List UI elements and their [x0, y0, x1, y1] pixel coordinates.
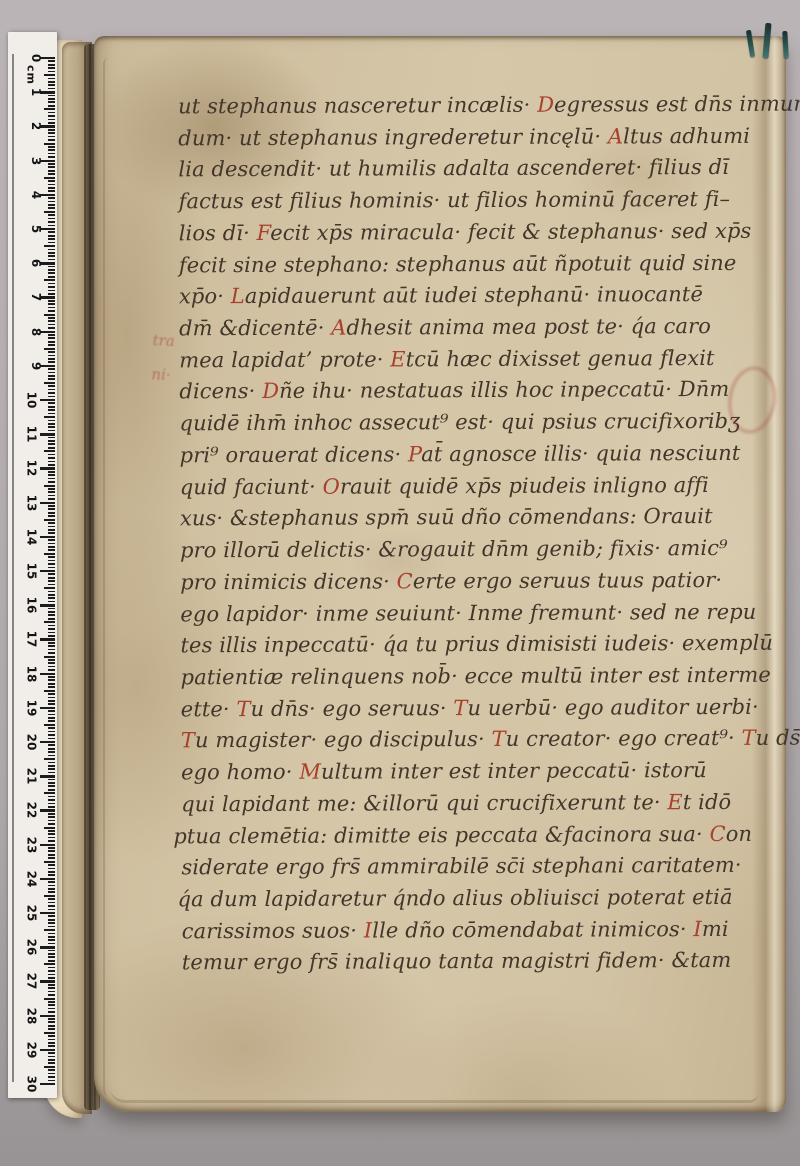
ruler-half-cm-tick	[44, 621, 55, 623]
ruler-mm-tick	[48, 1059, 55, 1061]
ruler-mm-tick	[48, 368, 55, 370]
ruler-mm-tick	[48, 283, 55, 285]
ruler-mm-tick	[48, 868, 55, 870]
ruler-mm-tick	[48, 864, 55, 866]
ruler-cm-tick	[40, 741, 55, 743]
ruler-mm-tick	[48, 426, 55, 428]
ruler-number: 8	[30, 327, 42, 335]
ruler-mm-tick	[48, 799, 55, 801]
ruler-mm-tick	[48, 898, 55, 900]
ruler-mm-tick	[48, 149, 55, 151]
ruler-mm-tick	[48, 71, 55, 73]
ruler-half-cm-tick	[44, 792, 55, 794]
ruler-mm-tick	[48, 372, 55, 374]
manuscript-text-line: carissimos suos· Ille dño cōmendabat ini…	[182, 913, 790, 947]
ruler-cm-tick	[40, 502, 55, 504]
ruler-mm-tick	[48, 549, 55, 551]
ruler-half-cm-tick	[44, 656, 55, 658]
text-run: rauit quidē xp̄s piudeis inligno affi	[340, 473, 709, 499]
ruler: cm 0123456789101112131415161718192021222…	[8, 32, 57, 1098]
rubric-initial: C	[709, 821, 725, 845]
ruler-half-cm-tick	[44, 895, 55, 897]
ruler-mm-tick	[48, 526, 55, 528]
ruler-mm-tick	[48, 700, 55, 702]
ruler-mm-tick	[48, 628, 55, 630]
ruler-mm-tick	[48, 101, 55, 103]
ruler-mm-tick	[48, 461, 55, 463]
ruler-mm-tick	[48, 755, 55, 757]
ruler-half-cm-tick	[44, 690, 55, 692]
ruler-mm-tick	[48, 902, 55, 904]
ruler-half-cm-tick	[44, 485, 55, 487]
ruler-mm-tick	[48, 293, 55, 295]
ruler-mm-tick	[48, 122, 55, 124]
ruler-mm-tick	[48, 994, 55, 996]
ruler-half-cm-tick	[44, 74, 55, 76]
ruler-mm-tick	[48, 344, 55, 346]
ruler-mm-tick	[48, 300, 55, 302]
manuscript-text-line: ptua clemētia: dimitte eis peccata &faci…	[173, 818, 789, 852]
ruler-mm-tick	[48, 614, 55, 616]
ruler-mm-tick	[48, 922, 55, 924]
ruler-mm-tick	[48, 854, 55, 856]
ruler-mm-tick	[48, 632, 55, 634]
ruler-number: 14	[26, 528, 38, 545]
ruler-mm-tick	[48, 180, 55, 182]
ruler-mm-tick	[48, 567, 55, 569]
ruler-cm-tick	[40, 809, 55, 811]
text-run: t idō	[683, 790, 732, 814]
ruler-mm-tick	[48, 447, 55, 449]
ruler-mm-tick	[48, 409, 55, 411]
rubric-initial: D	[262, 379, 279, 403]
rubric-initial: T	[742, 726, 756, 750]
ruler-mm-tick	[48, 392, 55, 394]
rubric-initial: I	[364, 918, 373, 942]
ruler-cm-tick	[40, 775, 55, 777]
ruler-mm-tick	[48, 1062, 55, 1064]
ruler-mm-tick	[48, 727, 55, 729]
text-run: factus est filius hominis· ut filios hom…	[178, 187, 730, 213]
ruler-mm-tick	[48, 1018, 55, 1020]
marginalia-red-offset: tra ni·	[151, 323, 193, 392]
ruler-number: 5	[30, 225, 42, 233]
text-run: u dn̄s· ego seruus·	[251, 696, 454, 721]
rubric-initial: T	[181, 729, 195, 753]
ruler-mm-tick	[48, 474, 55, 476]
ruler-mm-tick	[48, 512, 55, 514]
ruler-mm-tick	[48, 830, 55, 832]
text-run: apidauerunt aūt iudei stephanū· inuocant…	[245, 282, 703, 308]
ruler-mm-tick	[48, 238, 55, 240]
manuscript-page: ut stephanus nasceretur incælis· Degress…	[94, 36, 786, 1112]
ruler-mm-tick	[48, 1080, 55, 1082]
ruler-mm-tick	[48, 129, 55, 131]
ruler-mm-tick	[48, 820, 55, 822]
ruler-mm-tick	[48, 214, 55, 216]
ruler-cm-tick	[40, 1015, 55, 1017]
ruler-half-cm-tick	[44, 963, 55, 965]
ruler-half-cm-tick	[44, 758, 55, 760]
ruler-mm-tick	[48, 823, 55, 825]
ruler-cm-tick	[40, 707, 55, 709]
ruler-mm-tick	[48, 953, 55, 955]
ruler-number: 0	[30, 54, 42, 62]
ruler-mm-tick	[48, 662, 55, 664]
ruler-mm-tick	[48, 837, 55, 839]
ruler-number: 12	[26, 460, 38, 477]
ruler-mm-tick	[48, 789, 55, 791]
ruler-mm-tick	[48, 242, 55, 244]
ruler-mm-tick	[48, 611, 55, 613]
ruler-mm-tick	[48, 833, 55, 835]
ruler-mm-tick	[48, 207, 55, 209]
ruler-mm-tick	[48, 396, 55, 398]
ruler-mm-tick	[48, 772, 55, 774]
ruler-mm-tick	[48, 785, 55, 787]
text-run: pro illorū delictis· &rogauit dn̄m genib…	[180, 536, 728, 562]
ruler-mm-tick	[48, 231, 55, 233]
rubric-initial: T	[453, 696, 467, 720]
ruler-mm-tick	[48, 423, 55, 425]
ruler-mm-tick	[48, 389, 55, 391]
manuscript-text-line: dicens· Dñe ihu· nestatuas illis hoc inp…	[179, 374, 787, 408]
ruler-number: 19	[26, 699, 38, 716]
ruler-number: 3	[30, 156, 42, 164]
ruler-mm-tick	[48, 584, 55, 586]
ruler-mm-tick	[48, 272, 55, 274]
ruler-mm-tick	[48, 1035, 55, 1037]
ruler-mm-tick	[48, 478, 55, 480]
text-run: ptua clemētia: dimitte eis peccata &faci…	[173, 822, 709, 848]
ruler-mm-tick	[48, 269, 55, 271]
ruler-mm-tick	[48, 580, 55, 582]
ruler-mm-tick	[48, 1001, 55, 1003]
ruler-mm-tick	[48, 676, 55, 678]
ruler-mm-tick	[48, 139, 55, 141]
ruler-mm-tick	[48, 642, 55, 644]
manuscript-text-line: Tu magister· ego discipulus· Tu creator·…	[181, 723, 789, 757]
ruler-mm-tick	[48, 327, 55, 329]
ruler-mm-tick	[48, 406, 55, 408]
ruler-mm-tick	[48, 693, 55, 695]
text-run: dicens·	[179, 379, 262, 403]
ruler-mm-tick	[48, 546, 55, 548]
ruler-mm-tick	[48, 779, 55, 781]
ruler-mm-tick	[48, 888, 55, 890]
text-run: patientiæ relinquens nob̄· ecce multū in…	[181, 663, 771, 690]
text-run: ecit xp̄s miracula· fecit & stephanus· s…	[270, 219, 751, 245]
text-run: ñe ihu· nestatuas illis hoc inpeccatū· D…	[279, 377, 729, 403]
ruler-mm-tick	[48, 173, 55, 175]
manuscript-text-line: pri⁹ orauerat dicens· Pat̄ agnosce illis…	[180, 438, 788, 472]
text-run: temur ergo frs̄ inaliquo tanta magistri …	[182, 948, 732, 974]
ruler-mm-tick	[48, 1004, 55, 1006]
ruler-mm-tick	[48, 358, 55, 360]
text-run: mea lapidat’ prote·	[179, 347, 390, 372]
ruler-mm-tick	[48, 803, 55, 805]
photo-backdrop: ut stephanus nasceretur incælis· Degress…	[0, 0, 800, 1166]
ruler-mm-tick	[48, 201, 55, 203]
ruler-mm-tick	[48, 683, 55, 685]
manuscript-text-line: lios dī· Fecit xp̄s miracula· fecit & st…	[179, 216, 787, 250]
manuscript-text-line: lia descendit· ut humilis adalta ascende…	[178, 152, 786, 186]
thread	[782, 31, 788, 58]
ruler-mm-tick	[48, 457, 55, 459]
ruler-half-cm-tick	[44, 827, 55, 829]
ruler-mm-tick	[48, 936, 55, 938]
ruler-mm-tick	[48, 991, 55, 993]
ruler-mm-tick	[48, 163, 55, 165]
ruler-cm-tick	[40, 673, 55, 675]
ruler-mm-tick	[48, 840, 55, 842]
ruler-mm-tick	[48, 153, 55, 155]
ruler-mm-tick	[48, 320, 55, 322]
ruler-mm-tick	[48, 618, 55, 620]
ruler-mm-tick	[48, 112, 55, 114]
manuscript-text-line: temur ergo frs̄ inaliquo tanta magistri …	[182, 945, 790, 979]
ruler-mm-tick	[48, 885, 55, 887]
text-run: qui lapidant me: &illorū qui crucifixeru…	[181, 790, 667, 816]
ruler-mm-tick	[48, 573, 55, 575]
ruler-mm-tick	[48, 731, 55, 733]
ruler-mm-tick	[48, 556, 55, 558]
text-run: mi	[702, 917, 729, 941]
manuscript-text-line: mea lapidat’ prote· Etcū hæc dixisset ge…	[179, 342, 787, 376]
rubric-initial: P	[408, 442, 421, 466]
ruler-cm-tick	[40, 433, 55, 435]
ruler-mm-tick	[48, 385, 55, 387]
rubric-initial: A	[331, 316, 346, 340]
ruler-mm-tick	[48, 156, 55, 158]
ruler-mm-tick	[48, 249, 55, 251]
ruler-half-cm-tick	[44, 108, 55, 110]
rubric-initial: L	[231, 284, 245, 308]
manuscript-text-line: ego homo· Multum inter est inter peccatū…	[181, 755, 789, 789]
ruler-mm-tick	[48, 960, 55, 962]
text-run: lle dño cōmendabat inimicos·	[372, 917, 693, 942]
ruler-mm-tick	[48, 464, 55, 466]
manuscript-text-line: ette· Tu dn̄s· ego seruus· Tu uerbū· ego…	[181, 691, 789, 725]
ruler-mm-tick	[48, 967, 55, 969]
ruler-mm-tick	[48, 874, 55, 876]
ruler-number: 17	[26, 631, 38, 648]
text-run: dhesit anima mea post te· q́a caro	[346, 314, 711, 340]
ruler-mm-tick	[48, 782, 55, 784]
ruler-mm-tick	[48, 813, 55, 815]
ruler-mm-tick	[48, 577, 55, 579]
ruler-mm-tick	[48, 266, 55, 268]
ruler-mm-tick	[48, 919, 55, 921]
ruler-mm-tick	[48, 481, 55, 483]
ruler-mm-tick	[48, 871, 55, 873]
ruler-mm-tick	[48, 1021, 55, 1023]
marginalia-line: ni·	[151, 357, 192, 392]
ruler-mm-tick	[48, 286, 55, 288]
ruler-half-cm-tick	[44, 279, 55, 281]
ruler-mm-tick	[48, 806, 55, 808]
text-run: ut stephanus nasceretur incælis·	[178, 93, 537, 119]
ruler-mm-tick	[48, 498, 55, 500]
ruler-mm-tick	[48, 355, 55, 357]
ruler-cm-tick	[40, 1083, 55, 1085]
ruler-mm-tick	[48, 119, 55, 121]
text-run: tes illis inpeccatū· q́a tu prius dimisi…	[180, 631, 773, 658]
ruler-mm-tick	[48, 252, 55, 254]
ruler-mm-tick	[48, 891, 55, 893]
ruler-mm-tick	[48, 197, 55, 199]
ruler-mm-tick	[48, 255, 55, 257]
text-run: fecit sine stephano: stephanus aūt ñpotu…	[179, 250, 737, 276]
ruler-mm-tick	[48, 720, 55, 722]
ruler-mm-tick	[48, 310, 55, 312]
rubric-initial: A	[608, 124, 623, 148]
ruler-half-cm-tick	[44, 450, 55, 452]
manuscript-text-line: xp̄o· Lapidauerunt aūt iudei stephanū· i…	[179, 279, 787, 313]
rubric-initial: M	[299, 760, 321, 784]
ruler-mm-tick	[48, 1025, 55, 1027]
ruler-number: 21	[26, 768, 38, 785]
ruler-mm-tick	[48, 146, 55, 148]
text-run: erte ergo seruus tuus patior·	[413, 568, 722, 593]
ruler-number: 23	[26, 836, 38, 853]
text-run: pri⁹ orauerat dicens·	[180, 442, 408, 467]
ruler-cm-tick	[40, 912, 55, 914]
ruler-mm-tick	[48, 1011, 55, 1013]
ruler-half-cm-tick	[44, 245, 55, 247]
text-run: lios dī·	[179, 221, 257, 245]
ruler-half-cm-tick	[44, 861, 55, 863]
ruler-half-cm-tick	[44, 553, 55, 555]
ruler-mm-tick	[48, 1069, 55, 1071]
ruler-half-cm-tick	[44, 348, 55, 350]
ruler-mm-tick	[48, 60, 55, 62]
ruler-mm-tick	[48, 78, 55, 80]
rubric-initial: E	[390, 347, 406, 371]
text-run: quid faciunt·	[180, 474, 323, 499]
ruler-number: 30	[26, 1076, 38, 1093]
ruler-mm-tick	[48, 225, 55, 227]
ruler-cm-tick	[40, 536, 55, 538]
text-run: ego homo·	[181, 760, 299, 785]
ruler-mm-tick	[48, 943, 55, 945]
ruler-mm-tick	[48, 645, 55, 647]
ruler-mm-tick	[48, 703, 55, 705]
ruler-mm-tick	[48, 939, 55, 941]
ruler-cm-tick	[40, 946, 55, 948]
text-block: ut stephanus nasceretur incælis· Degress…	[178, 89, 790, 980]
ruler-mm-tick	[48, 303, 55, 305]
text-run: u uerbū· ego auditor uerbi·	[467, 694, 758, 719]
ruler-mm-tick	[48, 816, 55, 818]
ruler-cm-tick	[40, 1049, 55, 1051]
ruler-mm-tick	[48, 649, 55, 651]
ruler-mm-tick	[48, 132, 55, 134]
manuscript-text-line: tes illis inpeccatū· q́a tu prius dimisi…	[180, 628, 788, 662]
ruler-mm-tick	[48, 597, 55, 599]
ruler-mm-tick	[48, 751, 55, 753]
ruler-mm-tick	[48, 454, 55, 456]
rubric-initial: C	[397, 569, 413, 593]
ruler-mm-tick	[48, 926, 55, 928]
ruler-mm-tick	[48, 594, 55, 596]
text-run: u ds̄·	[756, 726, 800, 750]
ruler-mm-tick	[48, 666, 55, 668]
ruler-mm-tick	[48, 933, 55, 935]
ruler-mm-tick	[48, 64, 55, 66]
marginalia-line: tra	[152, 323, 193, 358]
ruler-number: 27	[26, 973, 38, 990]
ruler-number: 4	[30, 191, 42, 199]
ruler-mm-tick	[48, 235, 55, 237]
ruler-number: 9	[30, 362, 42, 370]
ruler-mm-tick	[48, 796, 55, 798]
ruler-unit-label: cm	[26, 65, 37, 85]
text-run: carissimos suos·	[182, 918, 364, 943]
ruler-half-cm-tick	[44, 724, 55, 726]
text-run: lia descendit· ut humilis adalta ascende…	[178, 155, 729, 181]
text-run: at̄ agnosce illis· quia nesciunt	[421, 441, 740, 466]
ruler-mm-tick	[48, 956, 55, 958]
ruler-mm-tick	[48, 850, 55, 852]
ruler-mm-tick	[48, 334, 55, 336]
rubric-initial: O	[323, 474, 340, 498]
ruler-mm-tick	[48, 669, 55, 671]
ruler-half-cm-tick	[44, 177, 55, 179]
ruler-mm-tick	[48, 529, 55, 531]
ruler-mm-tick	[48, 560, 55, 562]
ruler-half-cm-tick	[44, 587, 55, 589]
ruler-mm-tick	[48, 762, 55, 764]
ruler-mm-tick	[48, 601, 55, 603]
page-bottom-ridge	[110, 1088, 758, 1103]
ruler-number: 2	[30, 122, 42, 130]
ruler-mm-tick	[48, 337, 55, 339]
ruler-half-cm-tick	[44, 382, 55, 384]
ruler-cm-tick	[40, 604, 55, 606]
ruler-mm-tick	[48, 187, 55, 189]
rubric-initial: I	[693, 917, 702, 941]
ruler-mm-tick	[48, 1028, 55, 1030]
ruler-mm-tick	[48, 697, 55, 699]
ruler-mm-tick	[48, 307, 55, 309]
ruler-mm-tick	[48, 748, 55, 750]
ruler-cm-tick	[40, 638, 55, 640]
manuscript-text-line: siderate ergo frs̄ ammirabilē sc̄i steph…	[181, 850, 789, 884]
rubric-initial: E	[667, 790, 683, 814]
ruler-cm-tick	[40, 570, 55, 572]
ruler-number: 6	[30, 259, 42, 267]
ruler-mm-tick	[48, 221, 55, 223]
text-run: pro inimicis dicens·	[180, 569, 397, 594]
manuscript-text-line: ut stephanus nasceretur incælis· Degress…	[178, 89, 786, 123]
manuscript-text-line: fecit sine stephano: stephanus aūt ñpotu…	[179, 247, 787, 281]
ruler-mm-tick	[48, 67, 55, 69]
ruler-mm-tick	[48, 652, 55, 654]
ruler-mm-tick	[48, 276, 55, 278]
manuscript-text-line: pro inimicis dicens· Certe ergo seruus t…	[180, 564, 788, 598]
ruler-cm-tick	[40, 467, 55, 469]
ruler-number: 16	[26, 597, 38, 614]
ruler-mm-tick	[48, 950, 55, 952]
ruler-mm-tick	[48, 115, 55, 117]
ruler-number: 28	[26, 1007, 38, 1024]
manuscript-text-line: patientiæ relinquens nob̄· ecce multū in…	[181, 660, 789, 694]
ruler-number: 7	[30, 293, 42, 301]
ruler-mm-tick	[48, 437, 55, 439]
ruler-mm-tick	[48, 679, 55, 681]
ruler-mm-tick	[48, 1073, 55, 1075]
